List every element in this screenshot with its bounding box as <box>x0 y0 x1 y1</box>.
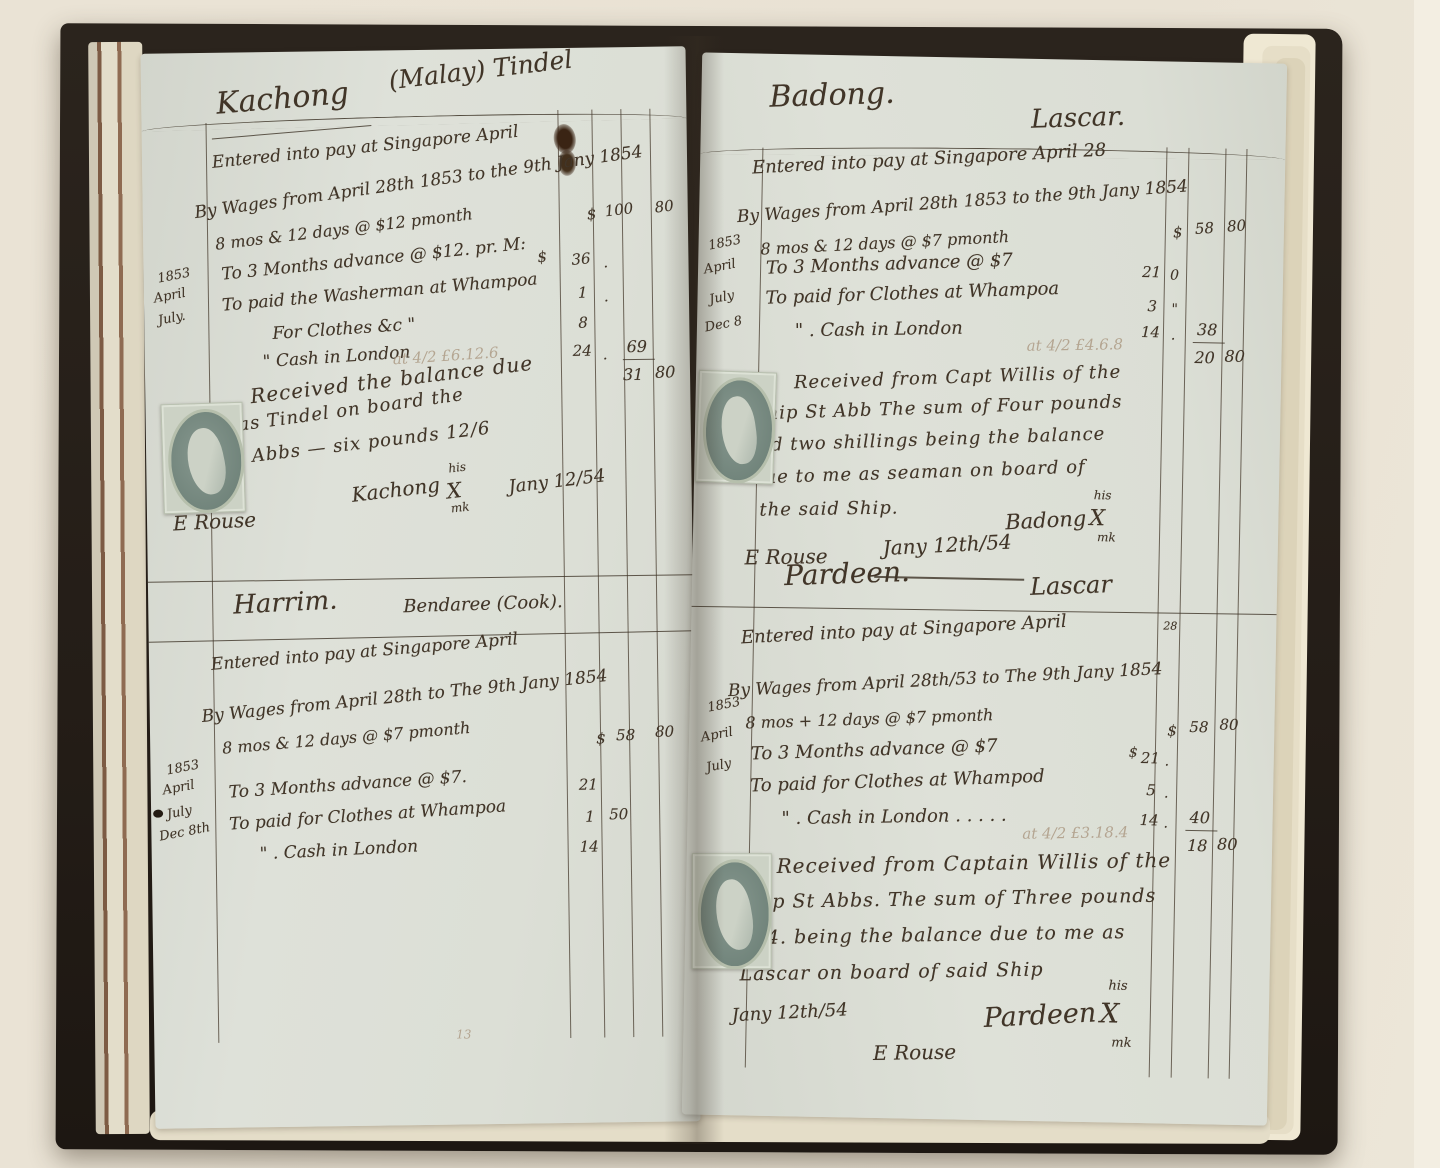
amount-dollars: 100 <box>604 199 635 220</box>
currency-symbol: $ <box>586 205 598 224</box>
balance-cents: 80 <box>1224 347 1245 366</box>
stamp-oval-frame <box>701 376 777 485</box>
amount-dollars: 58 <box>616 726 635 744</box>
signature-date: Jany 12/54 <box>507 465 606 497</box>
receipt-line: Received from Capt Willis of the <box>794 361 1122 393</box>
amount-cents: 80 <box>654 196 675 216</box>
ledger-row-desc: " . Cash in London <box>259 837 418 865</box>
entered-superscript: 28 <box>1163 619 1177 632</box>
subtotal: 69 <box>627 337 648 356</box>
amount-dollars: 21 <box>1141 749 1160 767</box>
wages-line: By Wages from April 28th to The 9th Jany… <box>201 666 609 727</box>
date-margin: July. <box>157 309 187 329</box>
currency-symbol: $ <box>1172 223 1183 242</box>
left-ledger-page: Kachong (Malay) Tindel Entered into pay … <box>141 46 701 1129</box>
account-role: Lascar. <box>1031 102 1126 135</box>
signature-mk: mk <box>1111 1036 1132 1051</box>
account-name: Pardeen. <box>784 555 911 592</box>
subtotal-underline <box>1185 830 1217 832</box>
receipt-line: due to me as seaman on board of <box>752 456 1086 488</box>
ledger-row-desc: To paid for Clothes at Whampoa <box>765 278 1059 309</box>
amount-dollars: 36 <box>571 249 592 269</box>
currency-symbol: $ <box>596 729 606 747</box>
signature-his: his <box>1094 488 1112 502</box>
currency-symbol: $ <box>536 247 547 266</box>
date-margin: April <box>703 257 738 278</box>
account-role: Bendaree (Cook). <box>403 591 563 617</box>
date-margin: July <box>708 288 735 307</box>
amount-cents: 80 <box>655 722 674 740</box>
amount-cents: . <box>603 345 608 363</box>
entered-line: Entered into pay at Singapore April <box>740 611 1067 648</box>
date-margin: 1853 <box>706 695 741 716</box>
amount-cents: " <box>1171 302 1178 318</box>
balance-cents: 80 <box>655 362 676 381</box>
wages-line: By Wages from April 28th/53 to The 9th J… <box>727 659 1162 701</box>
balance-dollars: 31 <box>623 365 644 384</box>
stamp-oval-frame <box>167 408 246 514</box>
amount-dollars: 8 <box>578 314 588 332</box>
signature: Kachong <box>350 473 441 507</box>
wages-line: 8 mos + 12 days @ $7 pmonth <box>745 705 994 732</box>
section-divider <box>148 574 693 583</box>
amount-cents: . <box>1163 815 1168 831</box>
amount-dollars: 58 <box>1194 219 1214 238</box>
balance-dollars: 20 <box>1194 348 1215 367</box>
queen-profile <box>711 876 758 952</box>
amount-dollars: 21 <box>1142 263 1161 281</box>
date-margin: July <box>166 803 193 822</box>
amount-dollars: 5 <box>1146 781 1156 799</box>
ledger-photo: { "scene": { "backdrop_color": "#e9e2d4"… <box>0 0 1440 1168</box>
signature: Badong <box>1005 506 1087 534</box>
amount-cents: 80 <box>1226 216 1246 235</box>
amount-cents: 50 <box>609 805 628 823</box>
amount-cents: . <box>603 253 608 271</box>
account-name: Kachong <box>215 76 350 122</box>
pencil-mark: 13 <box>456 1027 471 1041</box>
amount-dollars: 24 <box>573 342 592 360</box>
amount-cents: . <box>1164 785 1169 801</box>
account-role: Lascar <box>1030 570 1113 601</box>
backdrop-seam <box>1414 0 1440 1168</box>
ledger-row-desc: " . Cash in London . . . . . <box>781 805 1006 830</box>
date-margin: Dec 8 <box>704 314 744 336</box>
subtotal: 40 <box>1189 808 1210 827</box>
subtotal-underline <box>1193 342 1225 344</box>
signature-his: his <box>1108 978 1127 993</box>
signature-date: Jany 12th/54 <box>731 999 848 1026</box>
ledger-row-desc: To 3 Months advance @ $7 <box>750 735 997 764</box>
receipt-line: 18/4. being the balance due to me as <box>733 921 1125 949</box>
date-margin: 1853 <box>156 266 191 287</box>
balance-cents: 80 <box>1217 835 1238 854</box>
amount-dollars: 21 <box>579 776 598 794</box>
account-name: Harrim. <box>233 586 339 621</box>
signature-mk: mk <box>450 499 470 515</box>
revenue-stamp-victoria <box>695 370 777 485</box>
receipt-line: Lascar on board of said Ship <box>739 959 1043 986</box>
signature-his: his <box>448 460 467 476</box>
ledger-row-desc: To 3 Months advance @ $7. <box>228 767 467 803</box>
amount-cents: 80 <box>1219 716 1238 734</box>
pencil-conversion: at 4/2 £3.18.4 <box>1022 823 1128 843</box>
section-divider <box>692 606 1277 615</box>
entered-line: Entered into pay at Singapore April <box>210 629 518 675</box>
signature-x-mark: X <box>1089 506 1105 531</box>
queen-profile <box>717 394 760 466</box>
amount-dollars: 14 <box>1139 811 1158 829</box>
pencil-conversion: at 4/2 £4.6.8 <box>1027 335 1124 355</box>
ledger-row-desc: To paid for Clothes at Whampoa <box>229 796 507 834</box>
amount-dollars: 3 <box>1147 297 1157 315</box>
wages-line: By Wages from April 28th 1853 to the 9th… <box>736 176 1188 227</box>
signature: Pardeen <box>983 997 1097 1034</box>
amount-cents: . <box>1171 328 1176 344</box>
ink-smudge <box>153 810 163 818</box>
date-margin: 1853 <box>707 233 742 254</box>
amount-cents: . <box>1165 753 1170 769</box>
witness-signature: E Rouse <box>873 1040 956 1065</box>
revenue-stamp-victoria <box>160 402 245 515</box>
date-column-rule <box>205 123 219 1043</box>
left-page-edges <box>88 42 150 1134</box>
date-margin: 1853 <box>165 757 200 778</box>
amount-column-rule <box>557 110 571 1038</box>
amount-cents: 0 <box>1170 268 1179 284</box>
amount-column-rule <box>591 110 605 1038</box>
stamp-oval-frame <box>698 859 772 969</box>
ledger-row-desc: For Clothes &c " <box>272 315 416 344</box>
balance-dollars: 18 <box>1187 836 1208 855</box>
receipt-line: Ship St Abbs. The sum of Three pounds <box>738 885 1157 914</box>
date-margin: April <box>161 778 195 799</box>
queen-profile <box>182 425 231 498</box>
receipt-line: the said Ship. <box>759 497 898 520</box>
signature-mk: mk <box>1097 530 1116 544</box>
amount-dollars: 1 <box>578 284 588 302</box>
amount-dollars: 14 <box>1141 323 1160 341</box>
receipt-line: and two shillings being the balance <box>746 424 1105 457</box>
ledger-row-desc: To paid for Clothes at Whampod <box>750 766 1045 797</box>
amount-dollars: 14 <box>580 838 599 856</box>
amount-dollars: 58 <box>1189 718 1208 736</box>
subtotal-underline <box>623 359 655 360</box>
date-margin: Dec 8th <box>158 820 211 844</box>
subtotal: 38 <box>1197 320 1218 339</box>
wages-line: 8 mos & 12 days @ $7 pmonth <box>221 718 471 758</box>
account-role: (Malay) Tindel <box>387 45 574 96</box>
amount-dollars: 1 <box>585 808 595 826</box>
amount-cents: . <box>604 287 609 305</box>
currency-symbol: $ <box>1167 722 1177 740</box>
right-ledger-page: Badong. Lascar. Entered into pay at Sing… <box>682 52 1287 1125</box>
date-margin: April <box>700 725 735 746</box>
amount-column-rule <box>620 109 634 1037</box>
entered-line: Entered into pay at Singapore April 28 <box>752 140 1107 179</box>
currency-symbol: $ <box>1129 745 1138 761</box>
revenue-stamp-victoria <box>692 853 772 969</box>
receipt-line: Received from Captain Willis of the <box>776 848 1171 878</box>
date-margin: April <box>153 286 187 307</box>
signature-x-mark: X <box>1100 998 1120 1029</box>
date-margin: July <box>705 756 732 775</box>
amount-column-rule <box>649 109 663 1037</box>
receipt-line: Ship St Abb The sum of Four pounds <box>753 391 1123 424</box>
account-name: Badong. <box>769 76 895 115</box>
ledger-row-desc: " . Cash in London <box>795 318 963 342</box>
